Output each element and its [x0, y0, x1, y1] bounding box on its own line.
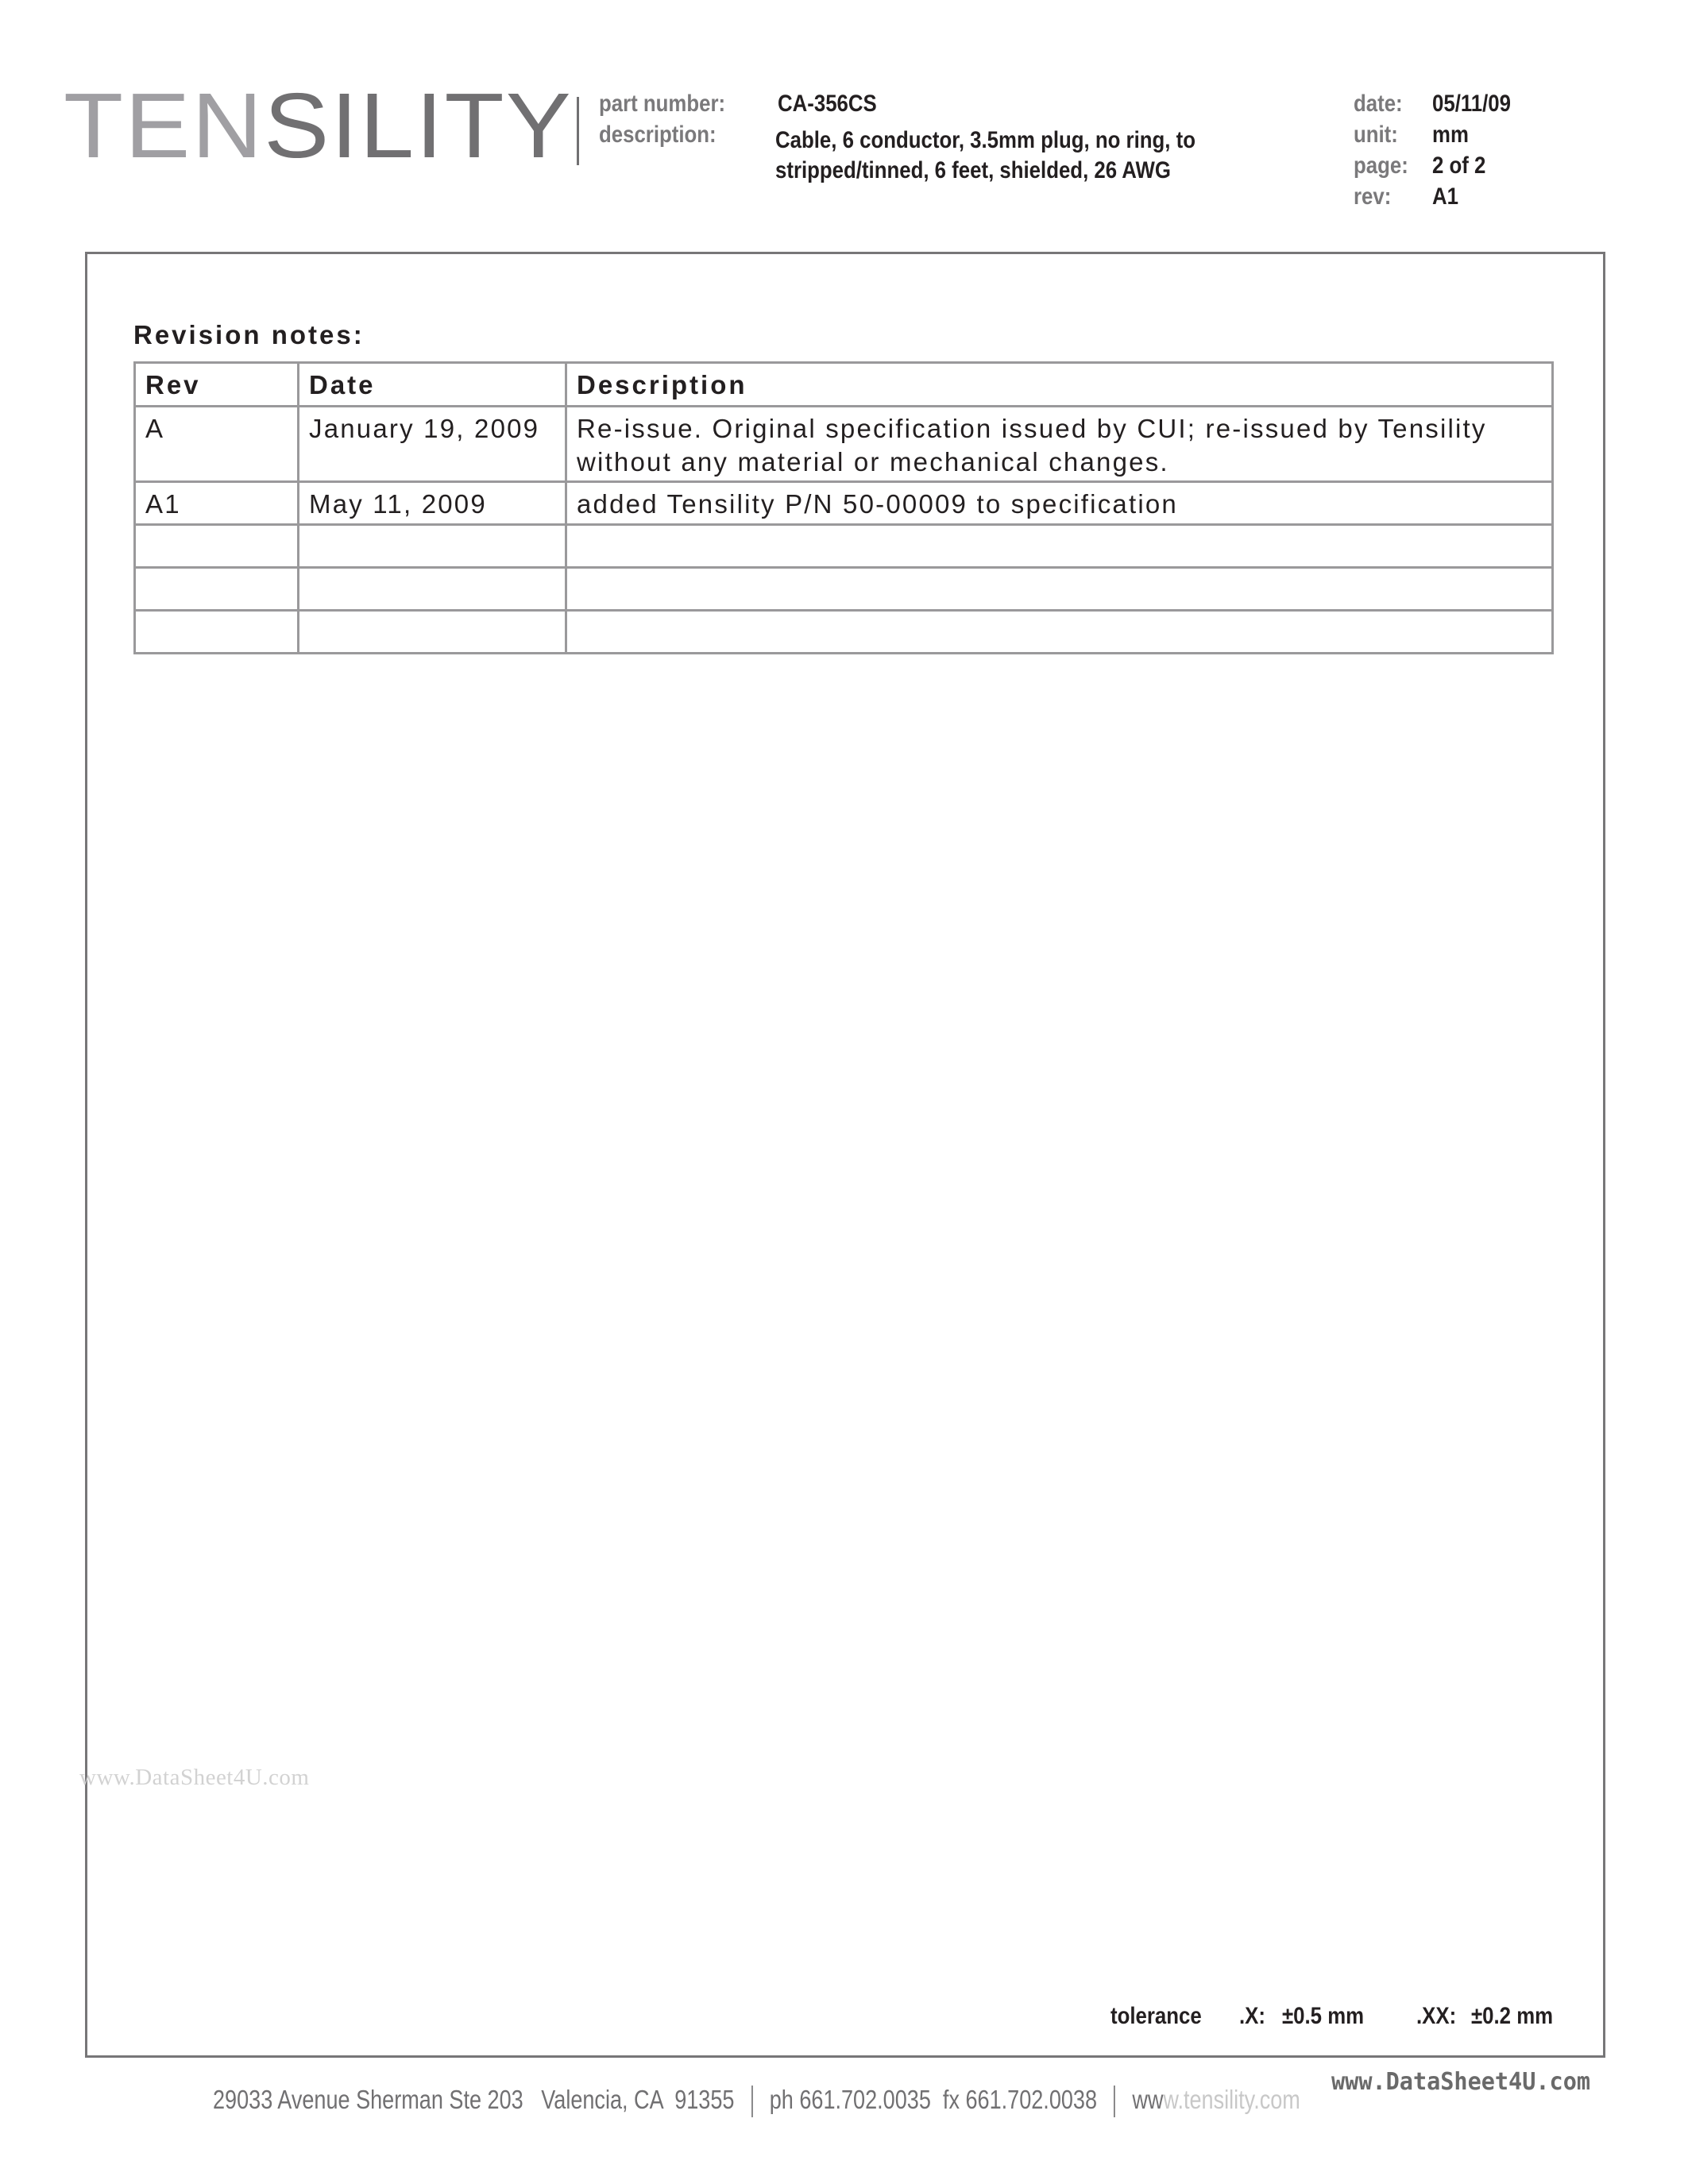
table-header-row: Rev Date Description	[135, 363, 1553, 407]
page-value: 2 of 2	[1432, 151, 1485, 181]
tolerance-x-label: .X:	[1239, 2003, 1265, 2030]
footer-separator	[1114, 2086, 1115, 2117]
table-row-empty	[135, 525, 1553, 568]
description-line-2: stripped/tinned, 6 feet, shielded, 26 AW…	[775, 156, 1171, 186]
logo-divider	[577, 97, 579, 165]
footer-phone: ph 661.702.0035	[770, 2085, 931, 2114]
table-row: A1 May 11, 2009 added Tensility P/N 50-0…	[135, 482, 1553, 525]
unit-value: mm	[1432, 120, 1469, 150]
cell-rev	[135, 568, 299, 611]
cell-rev	[135, 525, 299, 568]
cell-date	[299, 568, 566, 611]
table-row-empty	[135, 568, 1553, 611]
rev-label: rev:	[1354, 182, 1391, 212]
footer-website-prefix[interactable]: ww	[1132, 2085, 1163, 2114]
revision-notes-title: Revision notes:	[133, 320, 365, 350]
logo-part-sility: SILITY	[264, 74, 573, 177]
part-number-label: part number:	[599, 89, 725, 119]
tensility-logo: TENSILITY	[64, 86, 573, 165]
cell-date: May 11, 2009	[299, 482, 566, 525]
column-header-rev: Rev	[135, 363, 299, 407]
cell-description	[566, 525, 1553, 568]
cell-rev	[135, 611, 299, 654]
page-label: page:	[1354, 151, 1408, 181]
footer-address: 29033 Avenue Sherman Ste 203 Valencia, C…	[213, 2085, 734, 2114]
logo-part-ten: TEN	[64, 74, 264, 177]
cell-date: January 19, 2009	[299, 407, 566, 482]
date-value: 05/11/09	[1432, 89, 1511, 119]
cell-description	[566, 568, 1553, 611]
watermark-left: www.DataSheet4U.com	[79, 1765, 310, 1791]
cell-rev: A1	[135, 482, 299, 525]
tolerance-xx-label: .XX:	[1416, 2003, 1456, 2030]
cell-description: added Tensility P/N 50-00009 to specific…	[566, 482, 1553, 525]
tolerance-xx-value: ±0.2 mm	[1471, 2003, 1553, 2030]
description-line-1: Cable, 6 conductor, 3.5mm plug, no ring,…	[775, 125, 1196, 156]
unit-label: unit:	[1354, 120, 1398, 150]
revision-table: Rev Date Description A January 19, 2009 …	[133, 361, 1554, 654]
table-row: A January 19, 2009 Re-issue. Original sp…	[135, 407, 1553, 482]
cell-date	[299, 611, 566, 654]
column-header-description: Description	[566, 363, 1553, 407]
part-number-value: CA-356CS	[778, 89, 877, 119]
table-row-empty	[135, 611, 1553, 654]
date-label: date:	[1354, 89, 1403, 119]
tolerance-x-value: ±0.5 mm	[1282, 2003, 1364, 2030]
watermark-right: www.DataSheet4U.com	[1331, 2068, 1590, 2096]
cell-rev: A	[135, 407, 299, 482]
cell-description	[566, 611, 1553, 654]
cell-date	[299, 525, 566, 568]
cell-description: Re-issue. Original specification issued …	[566, 407, 1553, 482]
footer-fax: fx 661.702.0038	[943, 2085, 1097, 2114]
footer-website[interactable]: w.tensility.com	[1163, 2085, 1300, 2114]
description-label: description:	[599, 120, 717, 150]
column-header-date: Date	[299, 363, 566, 407]
footer-contact: 29033 Avenue Sherman Ste 203 Valencia, C…	[213, 2085, 1300, 2117]
tolerance-label: tolerance	[1111, 2003, 1202, 2030]
footer-separator	[751, 2086, 753, 2117]
rev-value: A1	[1432, 182, 1458, 212]
